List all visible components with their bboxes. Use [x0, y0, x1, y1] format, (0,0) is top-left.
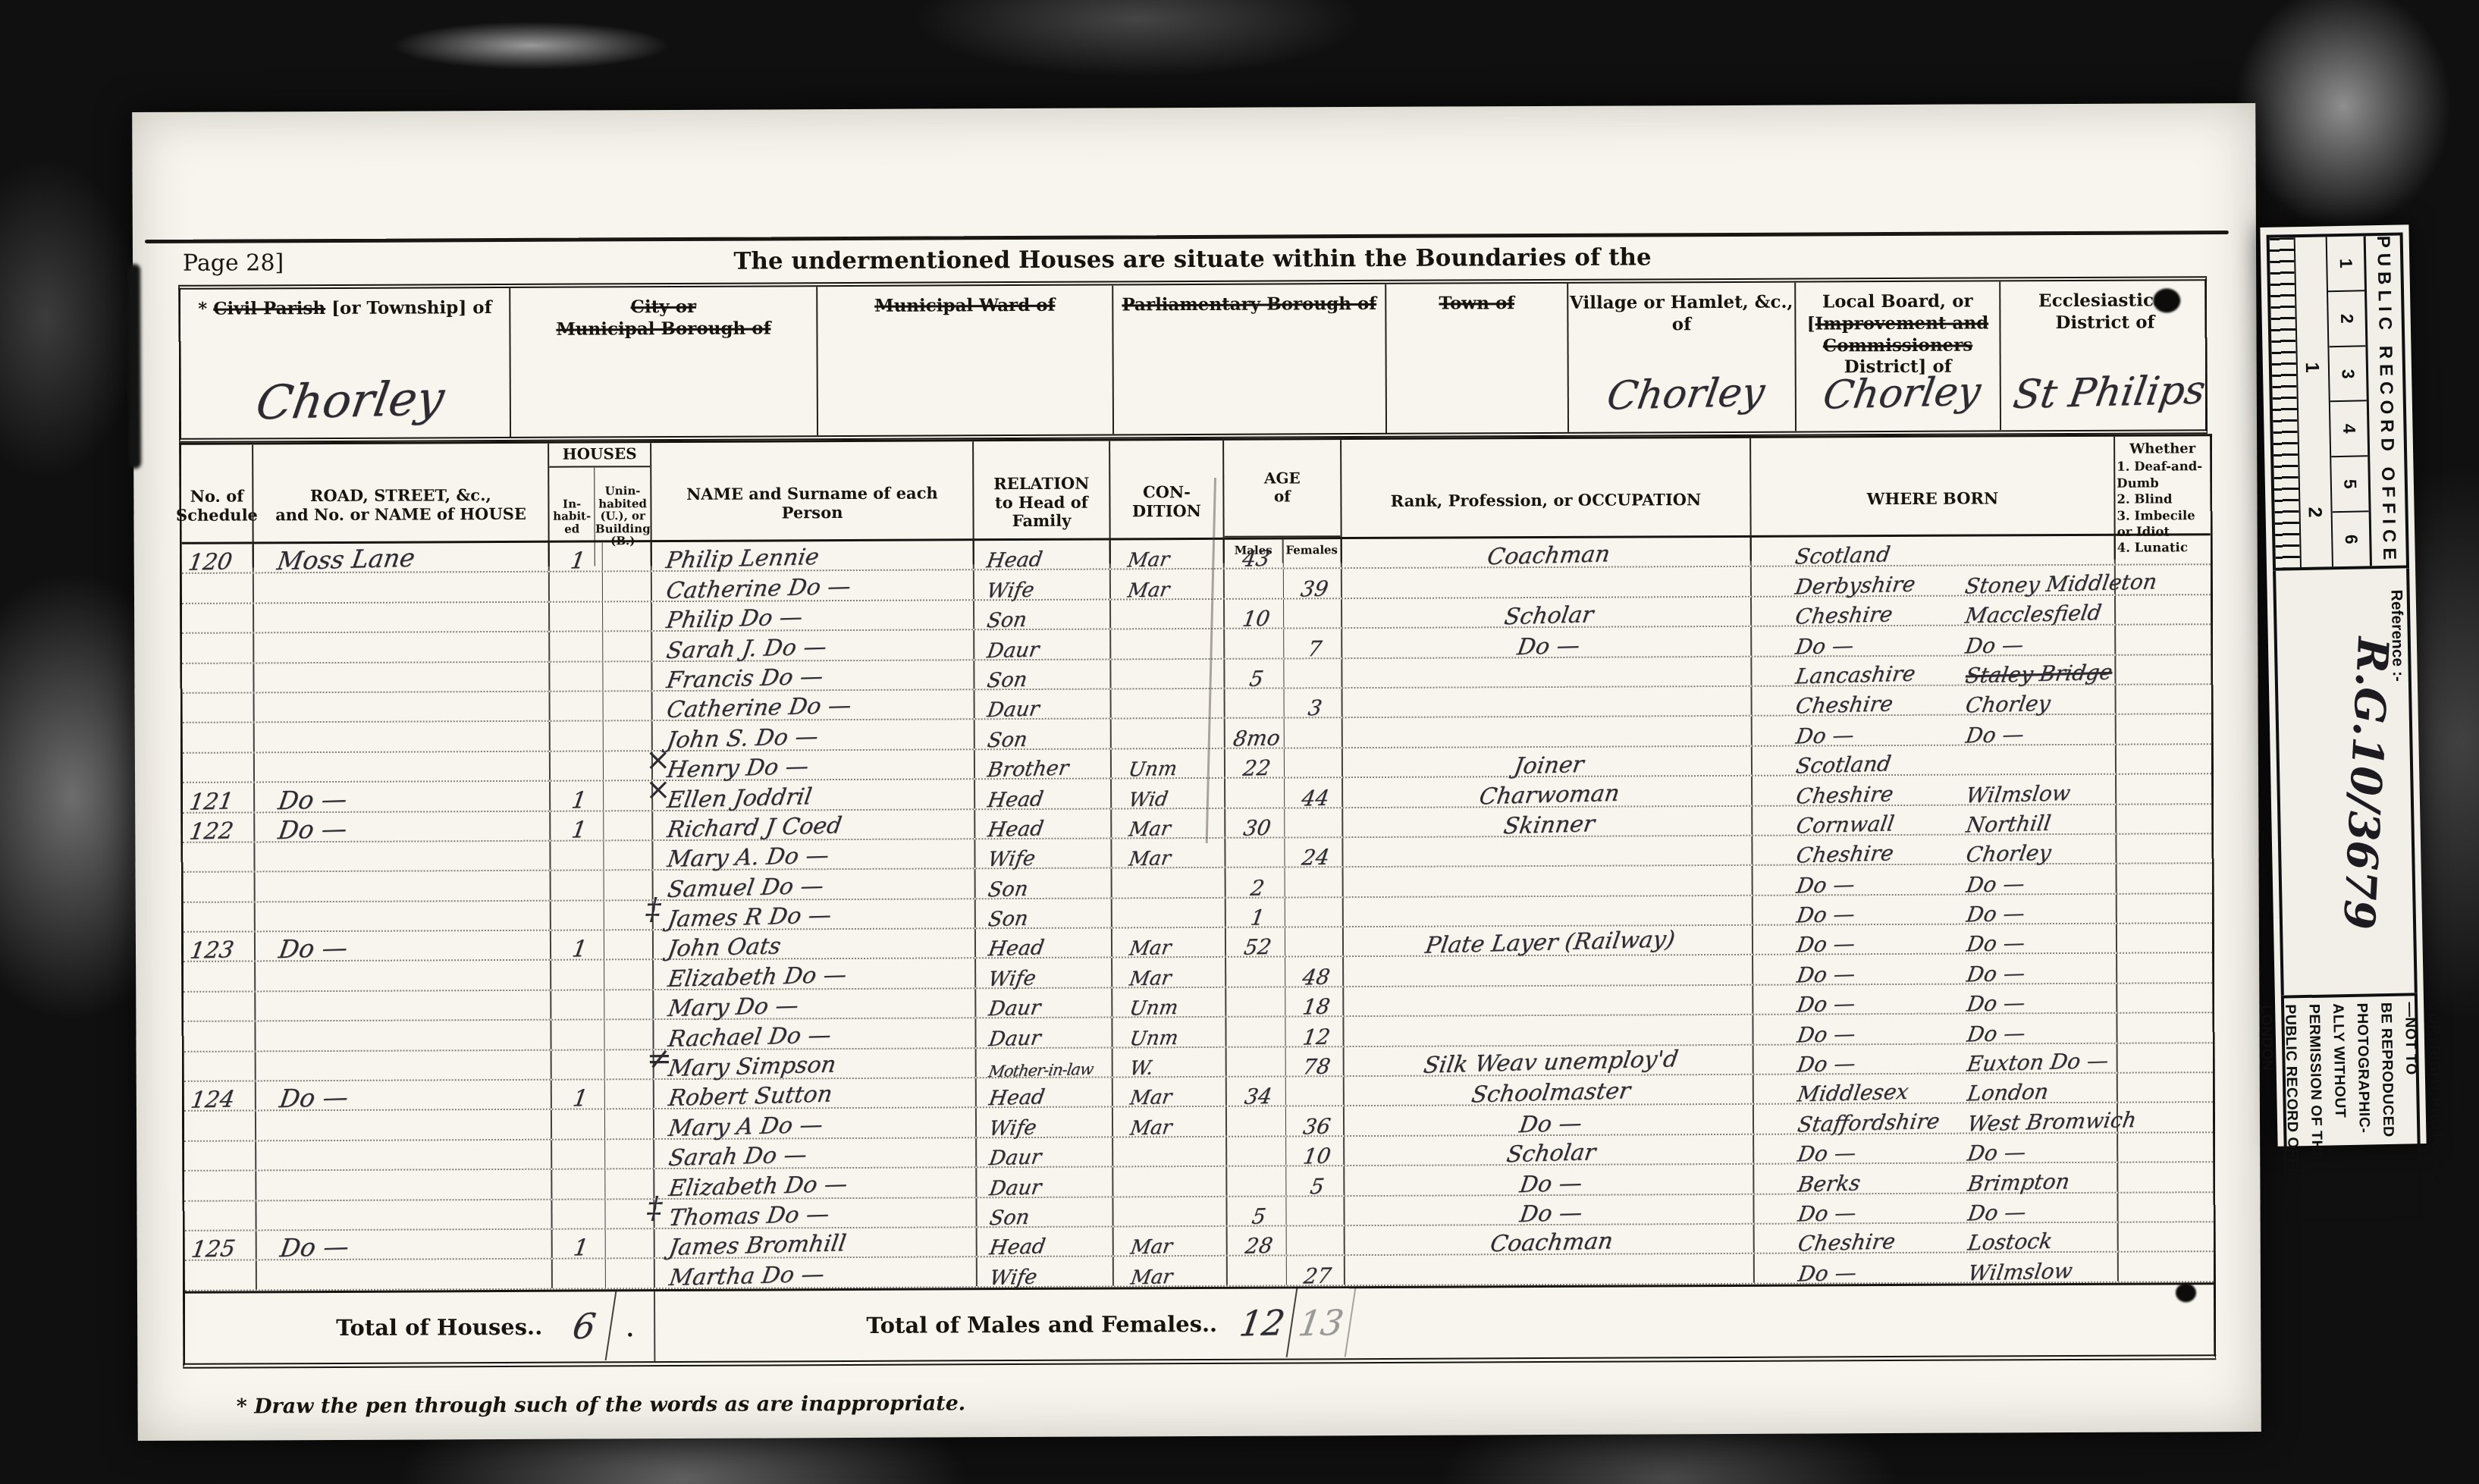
condition	[1112, 899, 1226, 927]
occupation	[1343, 836, 1753, 867]
houses-uninhabited	[605, 1140, 654, 1169]
condition: Mar	[1112, 958, 1226, 987]
whether-infirm	[2119, 1253, 2214, 1282]
where-born: Do —Do —	[1753, 715, 2117, 745]
relation-to-head: Daur	[977, 1168, 1113, 1197]
road-name	[256, 1140, 552, 1170]
schedule-number	[184, 902, 256, 931]
person-name: Mary Do —	[654, 989, 976, 1018]
age-male: 28	[1228, 1226, 1287, 1255]
person-name: Henry Do —×	[653, 750, 975, 780]
cm-number: 2	[2328, 291, 2365, 347]
age-female: 48	[1285, 958, 1344, 987]
footnote: * Draw the pen through such of the words…	[237, 1391, 966, 1418]
age-male: 34	[1227, 1078, 1286, 1106]
where-born: Do —Do —	[1753, 1014, 2117, 1043]
relation-to-head: Mother-in-law	[977, 1048, 1113, 1077]
condition	[1113, 1167, 1227, 1196]
copyright-line: COPYRIGHT PHOTOGRAPH—NOT TO	[2397, 1001, 2449, 1211]
person-name: Robert Sutton	[654, 1078, 977, 1108]
condition: Mar	[1114, 1257, 1228, 1285]
photo-backdrop: Page 28] The undermentioned Houses are s…	[0, 0, 2479, 1484]
cm-number: 1	[2327, 236, 2364, 292]
condition	[1113, 1137, 1227, 1166]
age-female: 5	[1286, 1166, 1345, 1195]
relation-to-head: Head	[974, 540, 1111, 569]
col-condition-label: CON- DITION	[1132, 483, 1201, 521]
whether-infirm	[2118, 1133, 2213, 1162]
schedule-number	[182, 604, 254, 632]
schedule-number	[184, 1022, 256, 1051]
age-male	[1227, 1107, 1286, 1136]
houses-uninhabited	[604, 841, 653, 870]
where-born: BerksBrimpton	[1754, 1163, 2118, 1193]
road-name	[254, 603, 550, 632]
person-name: James R Do —‡	[654, 899, 976, 929]
occupation: Scholar	[1345, 1135, 1754, 1166]
age-female	[1285, 867, 1344, 896]
condition: Mar	[1113, 1078, 1227, 1106]
age-female	[1286, 1197, 1345, 1225]
col-born-label: WHERE BORN	[1867, 489, 1998, 509]
person-name: Catherine Do —	[653, 690, 975, 720]
where-born: Scotland	[1752, 536, 2116, 566]
houses-uninhabited	[604, 811, 653, 840]
age-female: 27	[1287, 1257, 1345, 1285]
enumerator-mark: ‡	[647, 1191, 662, 1225]
houses-inhabited	[550, 632, 603, 661]
person-name: Sarah J. Do —	[652, 630, 974, 660]
road-name	[257, 1260, 553, 1289]
houses-inhabited	[552, 1050, 605, 1079]
condition	[1112, 868, 1226, 897]
occupation: Do —	[1345, 1165, 1754, 1195]
age-female	[1286, 1077, 1345, 1106]
condition: Mar	[1111, 569, 1225, 598]
schedule-number	[182, 574, 254, 603]
condition: Mar	[1112, 839, 1225, 867]
road-name: Do —	[256, 1081, 552, 1110]
age-female	[1285, 927, 1344, 956]
age-female: 12	[1285, 1017, 1344, 1046]
where-born: Do —Do —	[1753, 924, 2117, 954]
where-born: Do —Do —	[1753, 954, 2117, 984]
houses-uninhabited	[604, 930, 654, 959]
occupation	[1344, 896, 1753, 926]
relation-to-head: Son	[977, 1197, 1113, 1226]
schedule-number	[184, 1052, 256, 1081]
schedule-number	[183, 723, 255, 752]
age-male: 30	[1225, 808, 1285, 837]
header-box-label: City orMunicipal Borough of	[510, 296, 816, 340]
occupation: Joiner	[1343, 747, 1753, 777]
condition: Mar	[1114, 1227, 1228, 1256]
col-occupation-label: Rank, Profession, or OCCUPATION	[1391, 491, 1702, 511]
header-box-village-hamlet: Village or Hamlet, &c., ofChorley	[1568, 283, 1796, 432]
ink-blot	[2153, 288, 2180, 312]
houses-inhabited	[551, 722, 604, 751]
whether-infirm	[2117, 745, 2211, 773]
schedule-number: 122	[183, 813, 255, 842]
occupation: Do —	[1345, 1194, 1754, 1225]
whether-infirm	[2118, 1103, 2213, 1132]
where-born: CheshireChorley	[1753, 835, 2117, 864]
age-male	[1226, 1018, 1285, 1046]
where-born: LancashireStaley Bridge	[1752, 655, 2116, 685]
relation-to-head: Son	[974, 660, 1111, 689]
occupation: Coachman	[1342, 538, 1752, 568]
age-male	[1225, 779, 1285, 808]
where-born: Do —Do —	[1753, 984, 2117, 1014]
whether-infirm	[2117, 805, 2211, 833]
houses-inhabited: 1	[551, 782, 604, 811]
header-box-town: Town of	[1386, 284, 1569, 433]
schedule-number	[184, 992, 256, 1021]
relation-to-head: Son	[976, 899, 1112, 927]
occupation: Charwoman	[1343, 777, 1753, 807]
age-male: 1	[1226, 898, 1285, 927]
occupation	[1344, 1015, 1753, 1046]
where-born: Do —Do —	[1754, 1193, 2118, 1222]
whether-infirm	[2117, 834, 2211, 863]
header-box-label: Village or Hamlet, &c., of	[1568, 292, 1794, 337]
col-whether-title: Whether	[2129, 441, 2195, 457]
occupation: Do —	[1342, 627, 1752, 657]
houses-uninhabited	[603, 632, 652, 660]
header-band: * Civil Parish [or Township] ofChorleyCi…	[178, 276, 2208, 443]
schedule-number	[183, 693, 255, 722]
where-born: Scotland	[1753, 745, 2117, 774]
houses-inhabited	[551, 841, 604, 870]
table-header: No. of Schedule ROAD, STREET, &c., and N…	[181, 436, 2211, 544]
condition: Mar	[1112, 928, 1226, 957]
age-male	[1226, 958, 1285, 987]
houses-inhabited	[551, 961, 604, 990]
header-box-value: Chorley	[1796, 369, 2007, 419]
where-born: MiddlesexLondon	[1754, 1074, 2118, 1103]
occupation	[1343, 717, 1753, 747]
road-name	[256, 1200, 552, 1229]
schedule-number	[184, 1172, 256, 1200]
copyright-line: BE REPRODUCED PHOTOGRAPHIC-	[2349, 1002, 2401, 1212]
relation-to-head: Head	[976, 929, 1112, 958]
header-box-label: * Civil Parish [or Township] of	[180, 297, 509, 321]
occupation: Do —	[1345, 1105, 1754, 1135]
person-name: Philip Do —	[652, 601, 974, 630]
person-name: James Bromhill	[655, 1228, 977, 1257]
where-born: Do —Do —	[1754, 1134, 2118, 1163]
age-female	[1285, 898, 1344, 927]
whether-infirm	[2118, 1193, 2213, 1222]
schedule-number: 125	[185, 1231, 257, 1260]
age-male	[1227, 1047, 1286, 1076]
road-name	[256, 1170, 552, 1200]
col-houses-label: HOUSES	[549, 443, 650, 467]
relation-to-head: Head	[975, 809, 1112, 838]
enumerator-mark: ‡	[646, 892, 661, 927]
where-born: Do —Euxton Do —	[1754, 1043, 2118, 1073]
relation-to-head: Wife	[977, 1108, 1113, 1137]
houses-inhabited	[551, 901, 604, 930]
schedule-number: 123	[184, 932, 256, 961]
reference-value: R.G.10/3679	[2271, 576, 2401, 988]
occupation	[1342, 657, 1752, 687]
occupation: Skinner	[1343, 806, 1753, 836]
age-female	[1284, 659, 1342, 688]
houses-inhabited	[550, 602, 603, 631]
houses-uninhabited	[605, 1080, 654, 1109]
age-female	[1284, 599, 1342, 628]
houses-inhabited: 1	[553, 1229, 606, 1258]
whether-infirm	[2117, 864, 2212, 893]
total-females-value: 13	[1287, 1287, 1356, 1358]
road-name	[256, 1050, 552, 1080]
age-female	[1285, 808, 1343, 837]
person-name: Elizabeth Do —	[654, 1168, 977, 1197]
whether-infirm	[2118, 1073, 2213, 1102]
age-male	[1225, 838, 1285, 867]
age-female: 78	[1286, 1047, 1345, 1076]
relation-to-head: Wife	[977, 1257, 1114, 1286]
schedule-number	[183, 842, 255, 871]
whether-infirm	[2116, 625, 2211, 654]
cm-number: 6	[2333, 512, 2370, 566]
edge-smudge	[128, 264, 141, 469]
houses-uninhabited	[603, 662, 652, 691]
occupation	[1344, 955, 1753, 986]
houses-inhabited	[551, 871, 604, 900]
age-female: 24	[1285, 838, 1343, 867]
relation-to-head: Son	[974, 600, 1111, 629]
header-box-value: Chorley	[181, 369, 519, 432]
col-age-label: AGE of	[1224, 440, 1341, 536]
schedule-number	[184, 873, 256, 902]
whether-infirm	[2117, 954, 2212, 983]
totals-row: Total of Houses.. 6 . Total of Males and…	[185, 1282, 2214, 1363]
occupation: Scholar	[1342, 598, 1752, 628]
road-name: Moss Lane	[254, 543, 550, 573]
schedule-number	[182, 664, 254, 692]
col-road-label: ROAD, STREET, &c., and No. or NAME of HO…	[275, 486, 526, 525]
age-female	[1287, 1226, 1345, 1255]
person-name: Mary A. Do —	[653, 839, 975, 869]
condition: Unm	[1112, 1018, 1226, 1046]
col-relation-label: RELATION to Head of Family	[993, 474, 1090, 531]
road-name	[254, 573, 550, 602]
occupation	[1344, 866, 1753, 896]
person-name: Francis Do —	[652, 660, 974, 690]
person-name: John S. Do —	[653, 720, 975, 750]
whether-infirm	[2117, 894, 2212, 923]
relation-to-head: Head	[977, 1227, 1114, 1256]
where-born: CheshireWilmslow	[1753, 775, 2117, 805]
road-name	[256, 1110, 552, 1140]
road-name: Do —	[256, 931, 551, 961]
age-female	[1285, 719, 1343, 748]
relation-to-head: Daur	[974, 630, 1111, 659]
age-male	[1227, 1137, 1286, 1166]
occupation	[1345, 1254, 1755, 1285]
road-name	[255, 751, 551, 781]
person-name: Rachael Do —	[654, 1019, 976, 1049]
age-female: 18	[1285, 987, 1344, 1016]
schedule-number: 120	[182, 544, 254, 573]
age-male: 10	[1225, 599, 1284, 628]
enumerator-mark: ×	[645, 772, 671, 807]
road-name	[256, 961, 551, 990]
road-name	[255, 842, 551, 871]
totals-empty	[1345, 1285, 2214, 1358]
whether-infirm	[2117, 984, 2212, 1012]
total-males-females-label: Total of Males and Females..	[655, 1289, 1228, 1361]
whether-infirm	[2119, 1222, 2214, 1251]
reference-box: R.G.10/3679 Reference :-	[2273, 568, 2418, 995]
where-born: CheshireMacclesfield	[1752, 595, 2116, 625]
where-born: Do —Do —	[1753, 864, 2117, 894]
age-male: 52	[1226, 928, 1285, 957]
relation-to-head: Daur	[976, 988, 1112, 1017]
relation-to-head: Son	[976, 869, 1112, 898]
total-males-value: 12	[1228, 1288, 1298, 1359]
schedule-number: 124	[184, 1081, 256, 1110]
census-table: No. of Schedule ROAD, STREET, &c., and N…	[179, 434, 2216, 1368]
header-box-civil-parish: * Civil Parish [or Township] ofChorley	[180, 288, 511, 438]
ruler-inch-numbers: 1 2	[2295, 237, 2333, 566]
whether-infirm	[2117, 715, 2211, 744]
houses-uninhabited	[606, 1229, 655, 1258]
houses-inhabited: 1	[551, 811, 604, 840]
where-born: CheshireChorley	[1753, 686, 2117, 715]
header-box-label: Municipal Ward of	[817, 294, 1112, 317]
whether-infirm	[2116, 655, 2211, 684]
relation-to-head: Brother	[975, 749, 1112, 778]
occupation: Coachman	[1345, 1225, 1755, 1255]
schedule-number	[184, 1201, 256, 1230]
ruler-box: 1 2 123456 PUBLIC RECORD OFFICE	[2267, 232, 2409, 570]
road-name: Do —	[257, 1230, 553, 1260]
person-name: Catherine Do —	[652, 571, 974, 601]
schedule-number	[183, 753, 255, 782]
enumerator-mark: ≠	[647, 1041, 673, 1076]
person-name: Richard J Coed	[653, 810, 975, 839]
age-female: 44	[1285, 778, 1343, 807]
condition: Mar	[1113, 1107, 1227, 1136]
houses-inhabited	[551, 990, 604, 1019]
occupation: Plate Layer (Railway)	[1344, 926, 1753, 956]
houses-inhabited	[551, 751, 604, 780]
relation-to-head: Head	[977, 1078, 1113, 1107]
inch-number: 2	[2303, 507, 2325, 518]
age-female	[1285, 748, 1343, 777]
whether-infirm	[2117, 685, 2211, 714]
schedule-number: 121	[183, 783, 255, 812]
schedule-number	[184, 1112, 256, 1140]
person-name: Mary A Do —	[654, 1109, 977, 1138]
ink-blot	[2176, 1283, 2196, 1302]
age-male	[1225, 629, 1284, 658]
houses-uninhabited	[606, 1259, 655, 1288]
header-box-value: St Philips	[2001, 367, 2217, 418]
houses-inhabited: 1	[551, 930, 604, 959]
road-name	[254, 632, 550, 662]
total-houses-value: 6	[553, 1291, 617, 1362]
condition	[1111, 659, 1225, 688]
age-male	[1225, 569, 1284, 598]
copyright-stamp: COPYRIGHT PHOTOGRAPH—NOT TOBE REPRODUCED…	[2281, 993, 2422, 1222]
form-title: The undermentioned Houses are situate wi…	[178, 241, 2207, 278]
condition: Mar	[1112, 808, 1225, 837]
whether-infirm	[2118, 1043, 2213, 1072]
person-name: Philip Lennie	[652, 541, 974, 570]
houses-inhabited: 1	[550, 542, 603, 571]
occupation: Schoolmaster	[1345, 1075, 1754, 1106]
condition	[1111, 629, 1225, 658]
cm-number: 3	[2329, 347, 2366, 403]
age-female	[1284, 539, 1342, 568]
age-male: 8mo	[1225, 719, 1285, 748]
road-name	[256, 1021, 551, 1050]
road-name	[254, 662, 550, 692]
person-name: Samuel Do —	[654, 870, 976, 899]
schedule-number	[184, 962, 256, 991]
houses-uninhabited	[604, 692, 653, 720]
houses-inhabited	[551, 1021, 604, 1049]
road-name	[256, 991, 551, 1021]
header-box-city-borough: City orMunicipal Borough of	[510, 287, 818, 437]
houses-uninhabited	[603, 573, 652, 601]
age-male	[1227, 1167, 1286, 1196]
age-male: 5	[1225, 659, 1284, 688]
total-houses-label: Total of Houses..	[185, 1291, 553, 1363]
cm-number: 5	[2331, 456, 2368, 513]
where-born: StaffordshireWest Bromwich	[1754, 1103, 2118, 1133]
person-name: Thomas Do —‡	[654, 1198, 977, 1228]
houses-inhabited	[553, 1260, 606, 1288]
relation-to-head: Wife	[974, 570, 1111, 599]
person-name: Sarah Do —	[654, 1138, 977, 1168]
copyright-line: PUBLIC RECORD OFFICE, LONDON	[2254, 1004, 2305, 1214]
whether-infirm	[2116, 595, 2211, 624]
whether-infirm	[2117, 774, 2211, 803]
relation-to-head: Daur	[975, 689, 1112, 718]
houses-inhabited	[552, 1110, 605, 1139]
occupation	[1342, 567, 1752, 598]
occupation	[1344, 986, 1753, 1016]
header-box-local-board: Local Board, or [Improvement andCommissi…	[1796, 281, 2001, 431]
relation-to-head: Son	[975, 720, 1112, 748]
header-box-label: Town of	[1386, 293, 1567, 315]
ruler-cm-numbers: 123456	[2327, 236, 2372, 566]
where-born: DerbyshireStoney Middleton	[1752, 566, 2116, 595]
road-name	[256, 901, 551, 930]
houses-uninhabited	[603, 542, 652, 571]
person-name: Martha Do —	[655, 1258, 977, 1288]
occupation	[1343, 687, 1753, 717]
copyright-line: ALLY WITHOUT PERMISSION OF THE	[2302, 1003, 2353, 1213]
col-schedule-label: No. of Schedule	[176, 488, 258, 526]
header-box-value: Chorley	[1569, 369, 1803, 420]
age-male	[1228, 1257, 1287, 1285]
header-box-label: Parliamentary Borough of	[1113, 293, 1385, 316]
schedule-number	[182, 634, 254, 663]
where-born: CheshireLostock	[1755, 1223, 2119, 1253]
age-male: 5	[1227, 1197, 1286, 1225]
header-box-municipal-ward: Municipal Ward of	[817, 285, 1114, 435]
condition	[1111, 600, 1225, 629]
houses-inhabited: 1	[552, 1080, 605, 1109]
cm-number: 4	[2330, 402, 2368, 458]
whether-infirm	[2116, 535, 2211, 564]
